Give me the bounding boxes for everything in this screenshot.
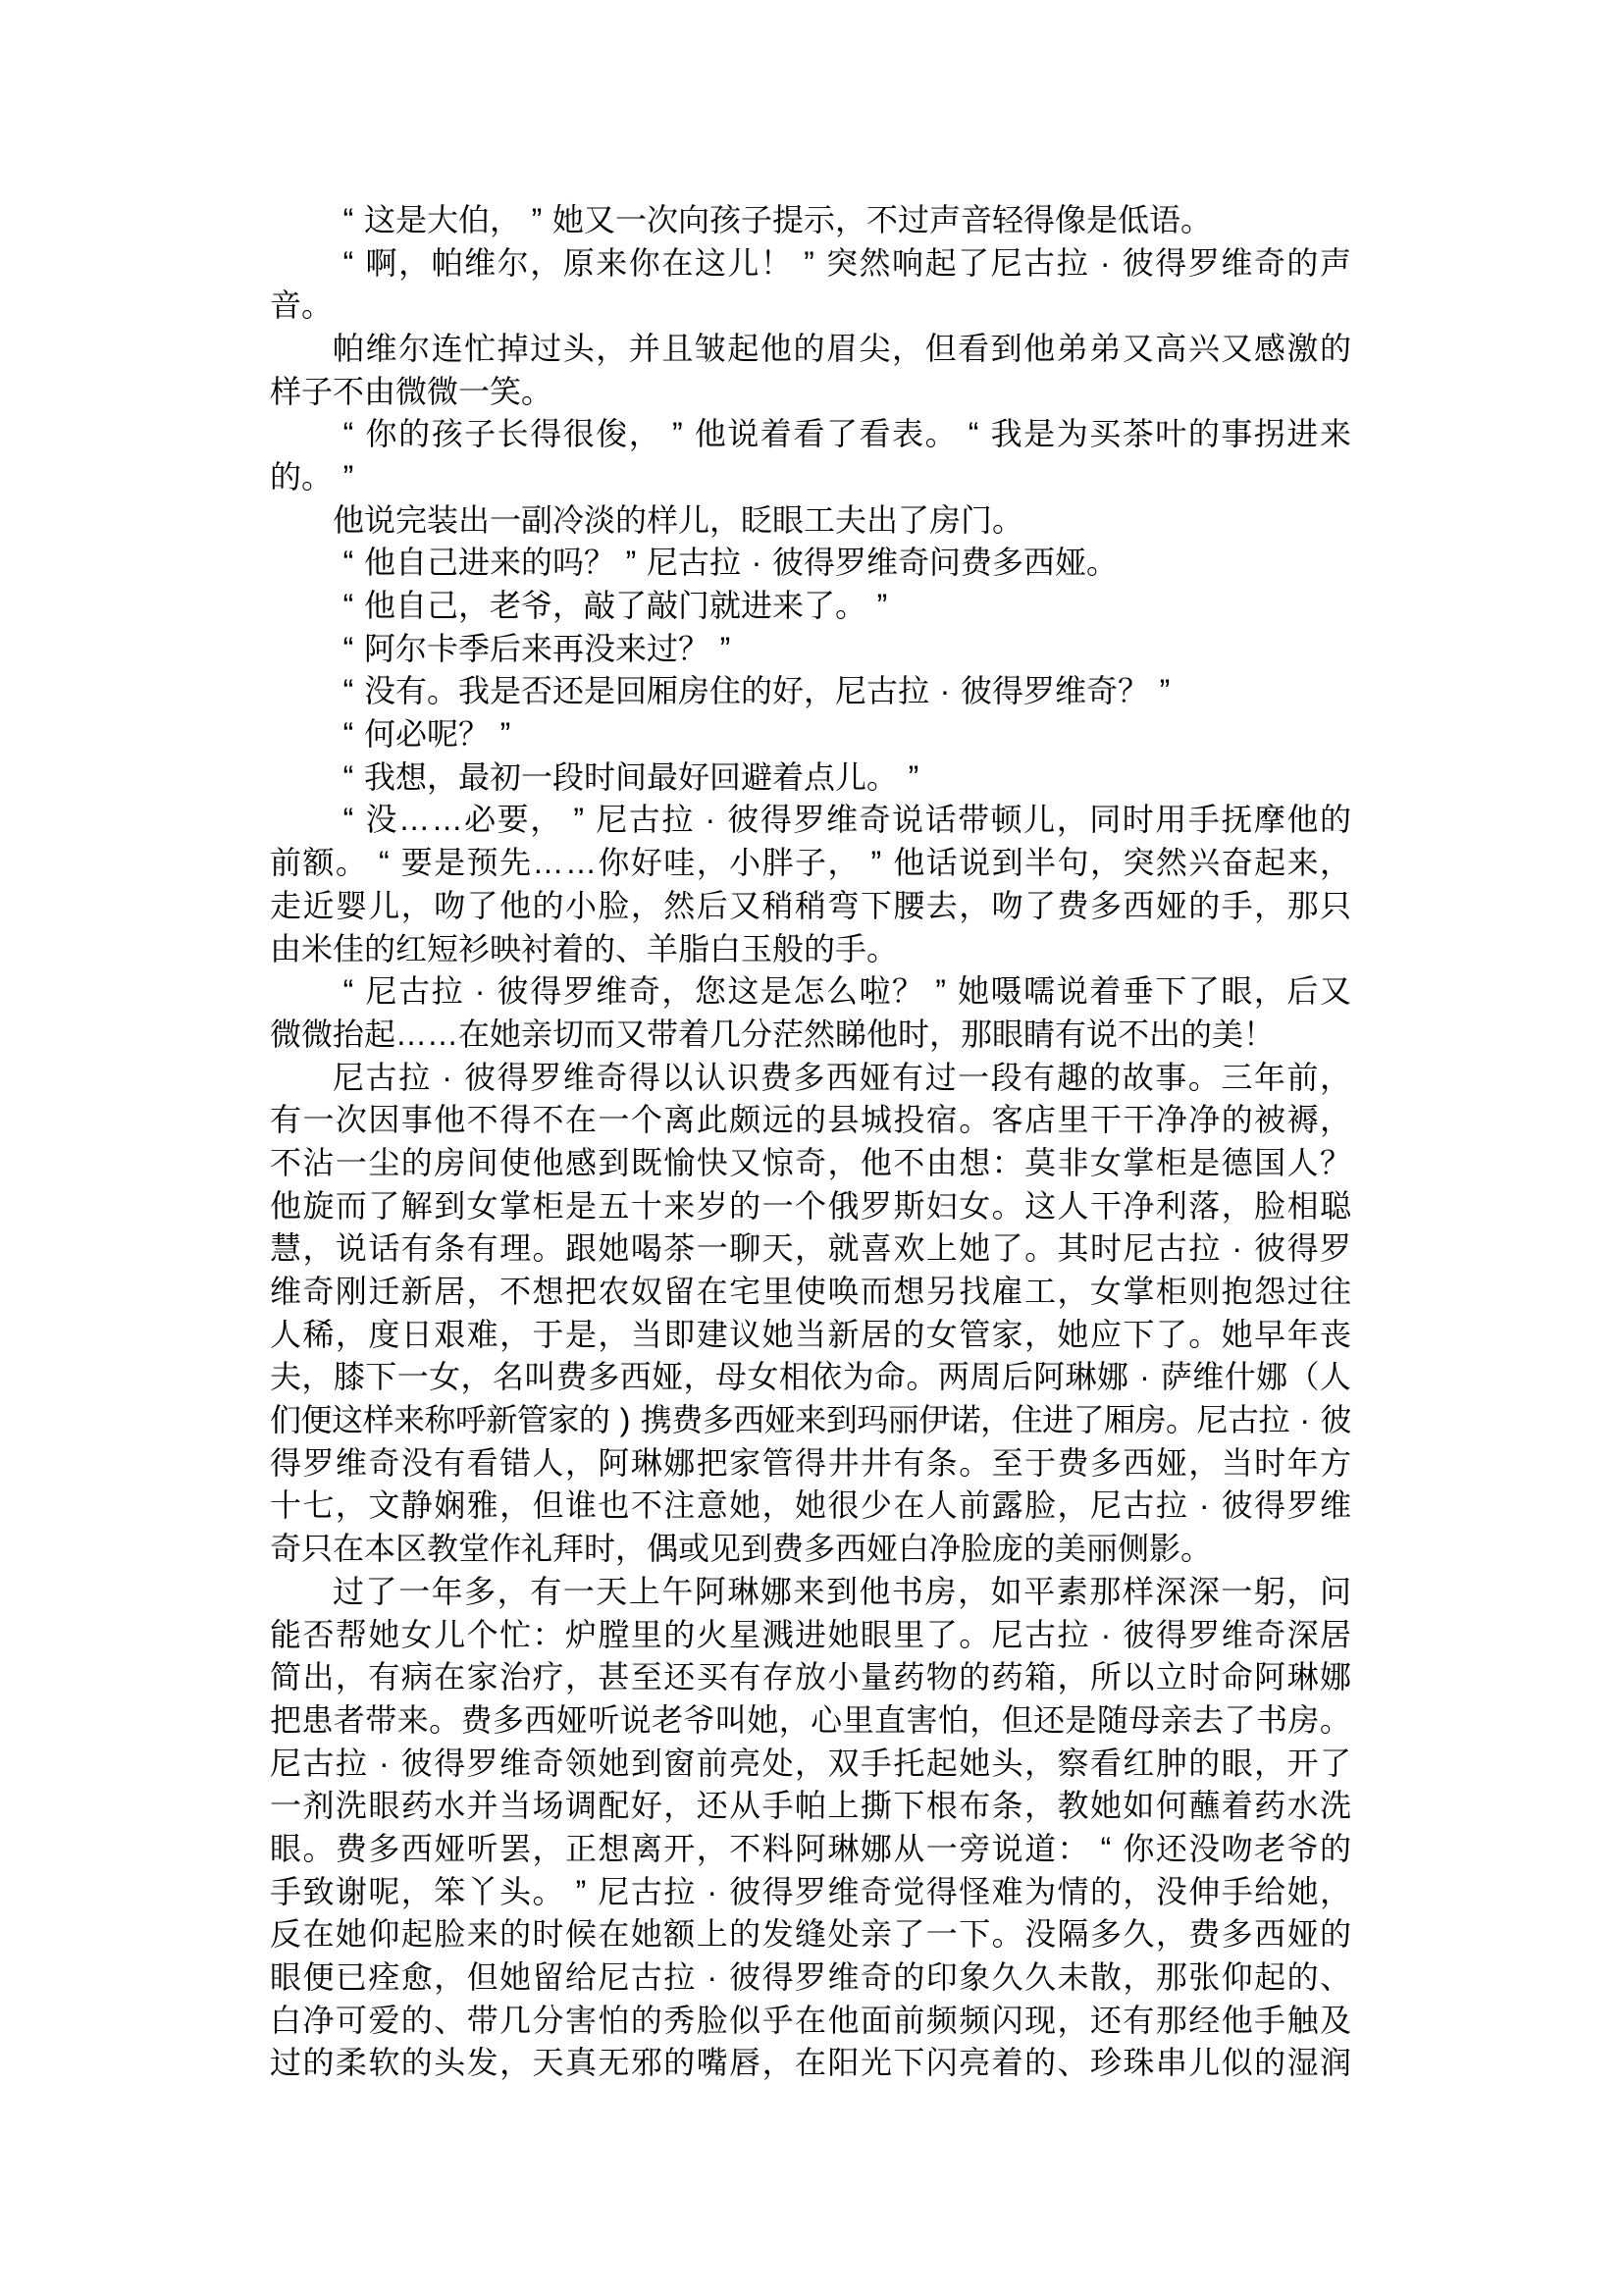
- text-line: 得罗维奇没有看错人，阿琳娜把家管得井井有条。至于费多西娅，当时年方: [270, 1441, 1351, 1485]
- text-line: “他自己进来的吗？”尼古拉·彼得罗维奇问费多西娅。: [270, 542, 1351, 585]
- paragraph: 他说完装出一副冷淡的样儿，眨眼工夫出了房门。: [270, 498, 1351, 542]
- text-line: 眼便已痊愈，但她留给尼古拉·彼得罗维奇的印象久久未散，那张仰起的、: [270, 1955, 1351, 1999]
- text-line: “啊，帕维尔，原来你在这儿！”突然响起了尼古拉·彼得罗维奇的声: [270, 241, 1351, 285]
- book-page: “这是大伯，”她又一次向孩子提示，不过声音轻得像是低语。“啊，帕维尔，原来你在这…: [0, 0, 1624, 2294]
- paragraph: “啊，帕维尔，原来你在这儿！”突然响起了尼古拉·彼得罗维奇的声音。: [270, 241, 1351, 327]
- text-line: 过了一年多，有一天上午阿琳娜来到他书房，如平素那样深深一躬，问: [270, 1570, 1351, 1613]
- text-line: “尼古拉·彼得罗维奇，您这是怎么啦？”她嗫嚅说着垂下了眼，后又: [270, 969, 1351, 1013]
- paragraph: “没有。我是否还是回厢房住的好，尼古拉·彼得罗维奇？”: [270, 670, 1351, 713]
- paragraph: 尼古拉·彼得罗维奇得以认识费多西娅有过一段有趣的故事。三年前，有一次因事他不得不…: [270, 1056, 1351, 1570]
- text-line: “我想，最初一段时间最好回避着点儿。”: [270, 756, 1351, 799]
- text-line: “没有。我是否还是回厢房住的好，尼古拉·彼得罗维奇？”: [270, 670, 1351, 713]
- text-line: 前额。“要是预先……你好哇，小胖子，”他话说到半句，突然兴奋起来，: [270, 841, 1351, 884]
- paragraph: “阿尔卡季后来再没来过？”: [270, 627, 1351, 670]
- text-line: 维奇刚迁新居，不想把农奴留在宅里使唤而想另找雇工，女掌柜则抱怨过往: [270, 1270, 1351, 1313]
- text-line: 慧，说话有条有理。跟她喝茶一聊天，就喜欢上她了。其时尼古拉·彼得罗: [270, 1227, 1351, 1271]
- paragraph: “他自己，老爷，敲了敲门就进来了。”: [270, 584, 1351, 627]
- text-line: “你的孩子长得很俊，”他说着看了看表。“我是为买茶叶的事拐进来: [270, 412, 1351, 455]
- paragraph: 帕维尔连忙掉过头，并且皱起他的眉尖，但看到他弟弟又高兴又感激的样子不由微微一笑。: [270, 327, 1351, 412]
- text-line: 有一次因事他不得不在一个离此颇远的县城投宿。客店里干干净净的被褥，: [270, 1098, 1351, 1141]
- text-line: 把患者带来。费多西娅听说老爷叫她，心里直害怕，但还是随母亲去了书房。: [270, 1698, 1351, 1742]
- text-line: 帕维尔连忙掉过头，并且皱起他的眉尖，但看到他弟弟又高兴又感激的: [270, 327, 1351, 370]
- text-line: “何必呢？”: [270, 712, 1351, 756]
- text-line: “这是大伯，”她又一次向孩子提示，不过声音轻得像是低语。: [270, 198, 1351, 241]
- text-line: 走近婴儿，吻了他的小脸，然后又稍稍弯下腰去，吻了费多西娅的手，那只: [270, 884, 1351, 927]
- paragraph: “你的孩子长得很俊，”他说着看了看表。“我是为买茶叶的事拐进来的。”: [270, 412, 1351, 497]
- text-line: 白净可爱的、带几分害怕的秀脸似乎在他面前频频闪现，还有那经他手触及: [270, 1999, 1351, 2042]
- text-line: 能否帮她女儿个忙：炉膛里的火星溅进她眼里了。尼古拉·彼得罗维奇深居: [270, 1613, 1351, 1656]
- text-line: “没……必要，”尼古拉·彼得罗维奇说话带顿儿，同时用手抚摩他的: [270, 799, 1351, 842]
- text-block: “这是大伯，”她又一次向孩子提示，不过声音轻得像是低语。“啊，帕维尔，原来你在这…: [270, 198, 1351, 2084]
- text-line: 微微抬起……在她亲切而又带着几分茫然睇他时，那眼睛有说不出的美！: [270, 1013, 1351, 1056]
- text-line: 他旋而了解到女掌柜是五十来岁的一个俄罗斯妇女。这人干净利落，脸相聪: [270, 1184, 1351, 1227]
- text-line: 他说完装出一副冷淡的样儿，眨眼工夫出了房门。: [270, 498, 1351, 542]
- paragraph: “尼古拉·彼得罗维奇，您这是怎么啦？”她嗫嚅说着垂下了眼，后又微微抬起……在她亲…: [270, 969, 1351, 1055]
- text-line: 的。”: [270, 455, 1351, 498]
- paragraph: “这是大伯，”她又一次向孩子提示，不过声音轻得像是低语。: [270, 198, 1351, 241]
- text-line: 音。: [270, 284, 1351, 327]
- paragraph: “何必呢？”: [270, 712, 1351, 756]
- text-line: 尼古拉·彼得罗维奇领她到窗前亮处，双手托起她头，察看红肿的眼，开了: [270, 1742, 1351, 1785]
- text-line: 眼。费多西娅听罢，正想离开，不料阿琳娜从一旁说道：“你还没吻老爷的: [270, 1827, 1351, 1870]
- paragraph: 过了一年多，有一天上午阿琳娜来到他书房，如平素那样深深一躬，问能否帮她女儿个忙：…: [270, 1570, 1351, 2084]
- text-line: 由米佳的红短衫映衬着的、羊脂白玉般的手。: [270, 927, 1351, 970]
- text-line: 简出，有病在家治疗，甚至还买有存放小量药物的药箱，所以立时命阿琳娜: [270, 1655, 1351, 1698]
- text-line: 们便这样来称呼新管家的)携费多西娅来到玛丽伊诺，住进了厢房。尼古拉·彼: [270, 1398, 1351, 1441]
- text-line: 十七，文静娴雅，但谁也不注意她，她很少在人前露脸，尼古拉·彼得罗维: [270, 1485, 1351, 1528]
- text-line: 一剂洗眼药水并当场调配好，还从手帕上撕下根布条，教她如何蘸着药水洗: [270, 1784, 1351, 1827]
- text-line: 反在她仰起脸来的时候在她额上的发缝处亲了一下。没隔多久，费多西娅的: [270, 1913, 1351, 1956]
- paragraph: “他自己进来的吗？”尼古拉·彼得罗维奇问费多西娅。: [270, 542, 1351, 585]
- text-line: 尼古拉·彼得罗维奇得以认识费多西娅有过一段有趣的故事。三年前，: [270, 1056, 1351, 1099]
- text-line: 不沾一尘的房间使他感到既愉快又惊奇，他不由想：莫非女掌柜是德国人？: [270, 1141, 1351, 1184]
- text-line: 奇只在本区教堂作礼拜时，偶或见到费多西娅白净脸庞的美丽侧影。: [270, 1527, 1351, 1570]
- text-line: 过的柔软的头发，天真无邪的嘴唇，在阳光下闪亮着的、珍珠串儿似的湿润: [270, 2042, 1351, 2085]
- text-line: “阿尔卡季后来再没来过？”: [270, 627, 1351, 670]
- text-line: 手致谢呢，笨丫头。”尼古拉·彼得罗维奇觉得怪难为情的，没伸手给她，: [270, 1870, 1351, 1913]
- text-line: “他自己，老爷，敲了敲门就进来了。”: [270, 584, 1351, 627]
- paragraph: “没……必要，”尼古拉·彼得罗维奇说话带顿儿，同时用手抚摩他的前额。“要是预先……: [270, 799, 1351, 970]
- text-line: 人稀，度日艰难，于是，当即建议她当新居的女管家，她应下了。她早年丧: [270, 1313, 1351, 1356]
- text-line: 夫，膝下一女，名叫费多西娅，母女相依为命。两周后阿琳娜·萨维什娜（人: [270, 1356, 1351, 1399]
- text-line: 样子不由微微一笑。: [270, 370, 1351, 413]
- paragraph: “我想，最初一段时间最好回避着点儿。”: [270, 756, 1351, 799]
